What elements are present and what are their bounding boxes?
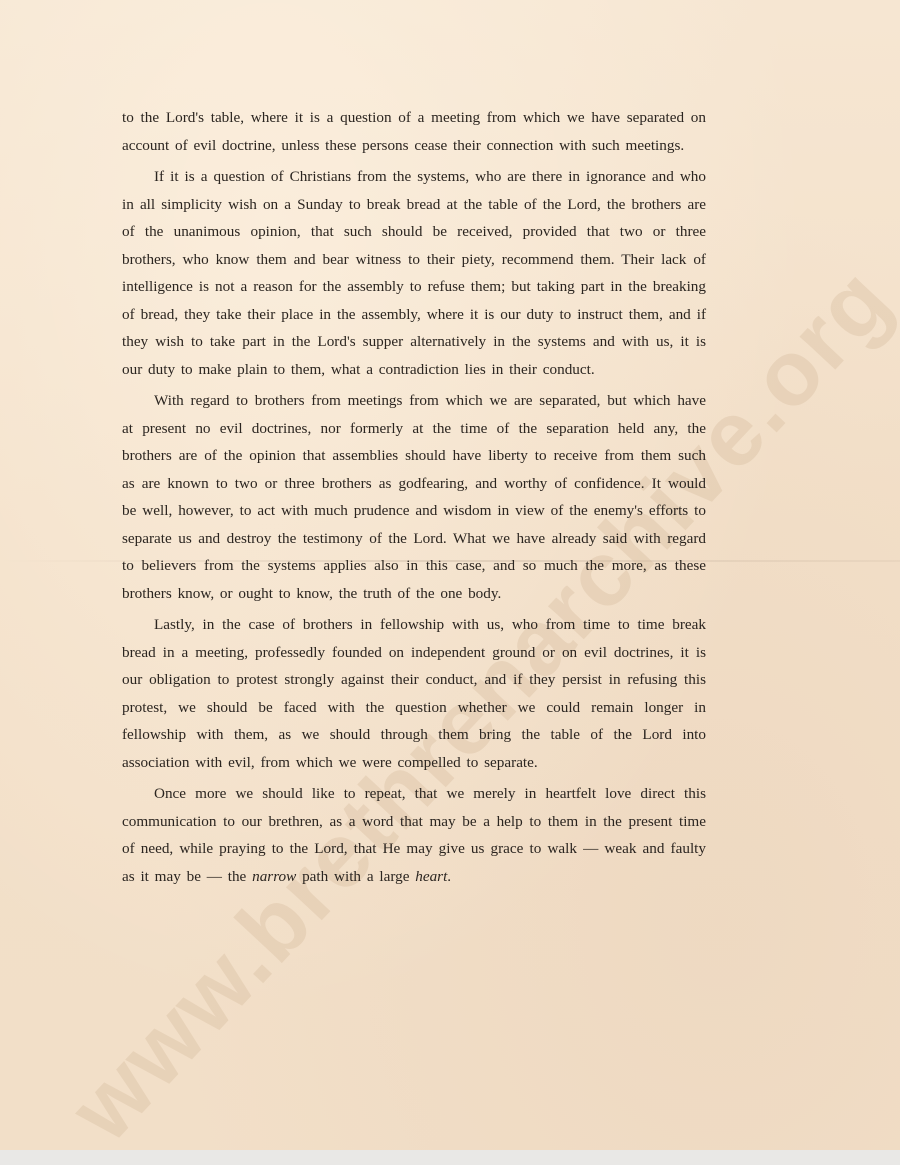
paragraph-closing: Once more we should like to repeat, that… <box>122 780 706 890</box>
closing-text-middle: path with a large <box>296 868 415 885</box>
paragraph-brothers-in-fellowship: Lastly, in the case of brothers in fello… <box>122 611 706 776</box>
paragraph-christians-from-systems: If it is a question of Christians from t… <box>122 163 706 383</box>
emphasis-heart: heart <box>415 868 447 885</box>
emphasis-narrow: narrow <box>252 868 296 885</box>
paragraph-separated-meetings: With regard to brothers from meetings fr… <box>122 387 706 607</box>
scan-bottom-edge <box>0 1150 900 1165</box>
paragraph-continuation: to the Lord's table, where it is a quest… <box>122 104 706 159</box>
closing-text-end: . <box>447 868 451 885</box>
document-body: to the Lord's table, where it is a quest… <box>122 104 706 890</box>
